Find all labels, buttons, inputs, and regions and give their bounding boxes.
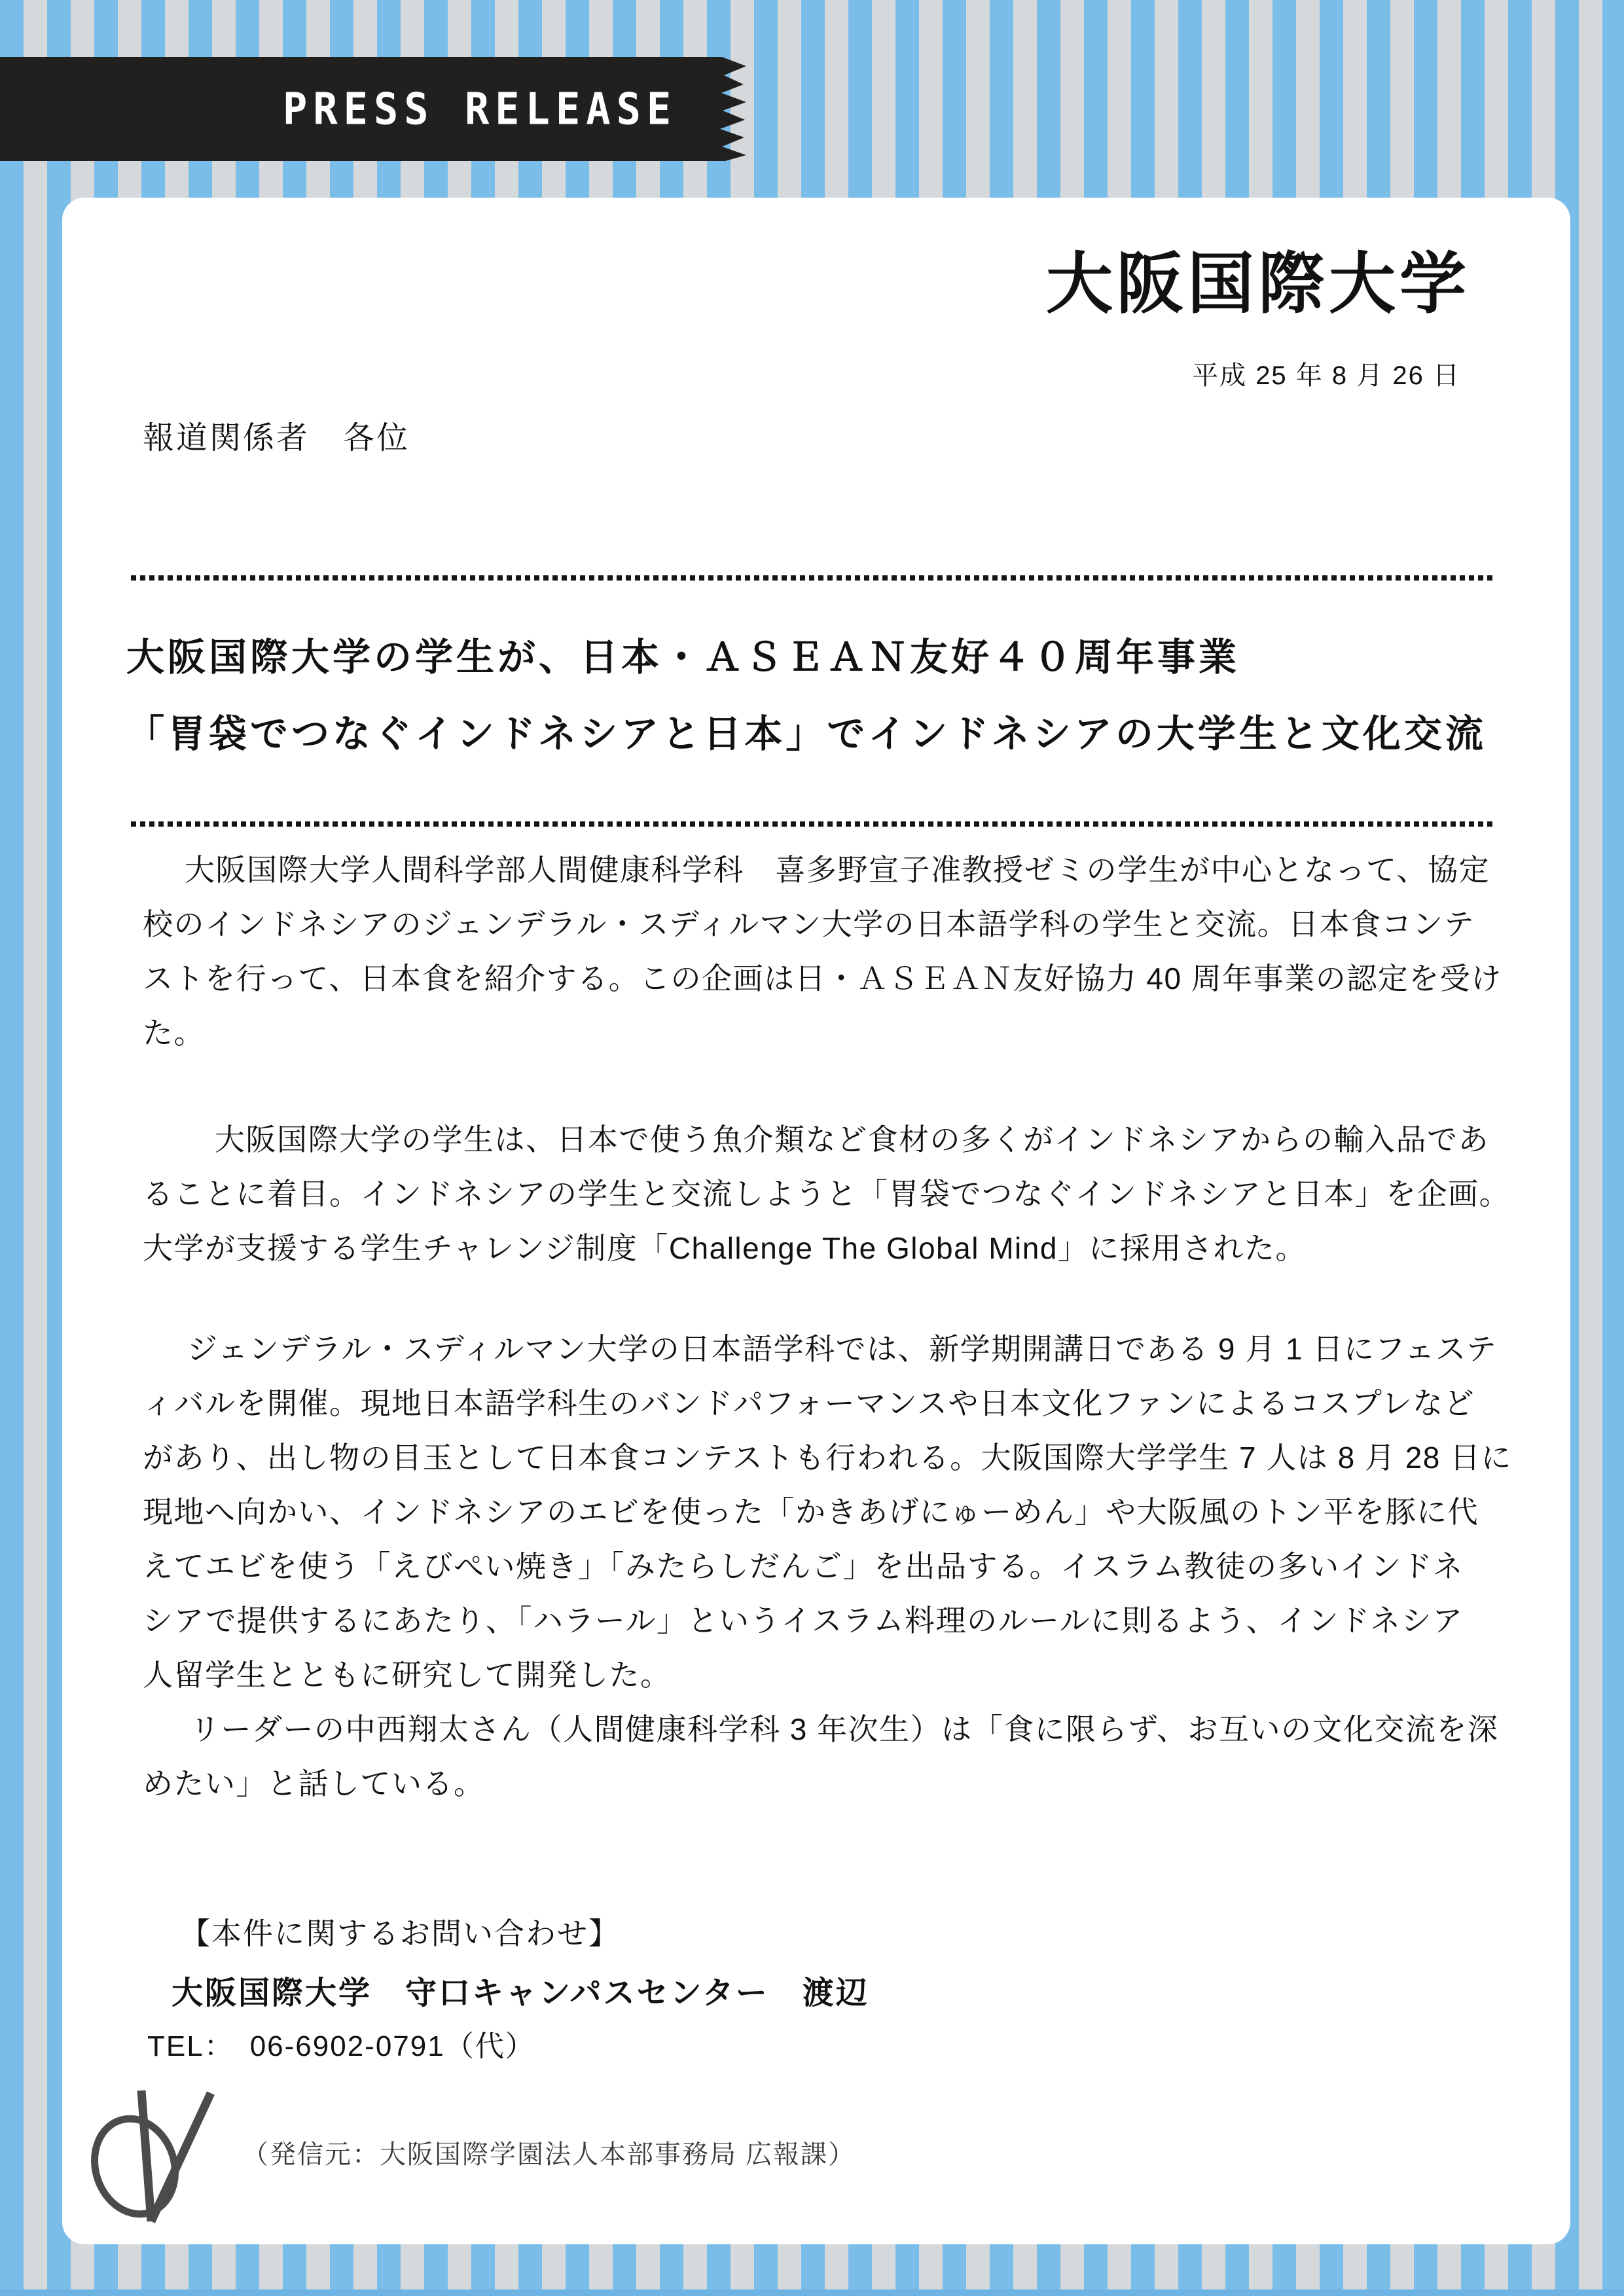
paragraph-line: ることに着目。インドネシアの学生と交流しようと「胃袋でつなぐインドネシアと日本」… — [143, 1167, 1517, 1221]
contact-heading: 【本件に関するお問い合わせ】 — [180, 1910, 620, 1953]
paragraph-line: 現地へ向かい、インドネシアのエビを使った「かきあげにゅーめん」や大阪風のトン平を… — [143, 1485, 1517, 1539]
press-release-ribbon: PRESS RELEASE — [0, 57, 746, 161]
release-date: 平成 25 年 8 月 26 日 — [1192, 355, 1460, 392]
paragraph-line: があり、出し物の目玉として日本食コンテストも行われる。大阪国際大学学生 7 人は… — [143, 1431, 1517, 1485]
paragraph-line: 人留学生とともに研究して開発した。 — [143, 1648, 1517, 1702]
paragraph-2: 大阪国際大学の学生は、日本で使う魚介類など食材の多くがインドネシアからの輸入品で… — [143, 1113, 1517, 1276]
university-logo-icon — [85, 2087, 216, 2225]
contact-tel-line: TEL： 06-6902-0791（代） — [147, 2022, 535, 2064]
recipient-line: 報道関係者 各位 — [143, 412, 410, 457]
paragraph-line: 大阪国際大学人間科学部人間健康科学科 喜多野宣子准教授ゼミの学生が中心となって、… — [143, 843, 1517, 897]
headline-line-1: 大阪国際大学の学生が、日本・ＡＳＥＡＮ友好４０周年事業 — [126, 635, 1240, 681]
paragraph-line: ストを行って、日本食を紹介する。この企画は日・ＡＳＥＡＮ友好協力 40 周年事業… — [143, 952, 1517, 1006]
paragraph-line: ジェンデラル・スディルマン大学の日本語学科では、新学期開講日である 9 月 1 … — [143, 1322, 1517, 1376]
paragraph-line: た。 — [143, 1006, 1517, 1060]
document-sheet: 大阪国際大学 平成 25 年 8 月 26 日 報道関係者 各位 大阪国際大学の… — [62, 198, 1570, 2244]
paragraph-line: 校のインドネシアのジェンデラル・スディルマン大学の日本語学科の学生と交流。日本食… — [143, 897, 1517, 952]
paragraph-line: シアで提供するにあたり、「ハラール」というイスラム料理のルールに則るよう、インド… — [143, 1594, 1517, 1648]
press-release-label: PRESS RELEASE — [283, 83, 677, 135]
dashed-divider-bottom — [131, 821, 1492, 827]
paragraph-line: ィバルを開催。現地日本語学科生のバンドパフォーマンスや日本文化ファンによるコスプ… — [143, 1376, 1517, 1431]
paragraph-4: リーダーの中西翔太さん（人間健康科学科 3 年次生）は「食に限らず、お互いの文化… — [143, 1702, 1517, 1811]
dashed-divider-top — [131, 575, 1492, 581]
paragraph-line: めたい」と話している。 — [143, 1757, 1517, 1811]
paragraph-line: えてエビを使う「えびぺい焼き」「みたらしだんご」を出品する。イスラム教徒の多いイ… — [143, 1539, 1517, 1594]
paragraph-1: 大阪国際大学人間科学部人間健康科学科 喜多野宣子准教授ゼミの学生が中心となって、… — [143, 843, 1517, 1060]
contact-office-line: 大阪国際大学 守口キャンパスセンター 渡辺 — [171, 1967, 869, 2013]
paragraph-line: リーダーの中西翔太さん（人間健康科学科 3 年次生）は「食に限らず、お互いの文化… — [143, 1702, 1517, 1757]
paragraph-line: 大阪国際大学の学生は、日本で使う魚介類など食材の多くがインドネシアからの輸入品で… — [143, 1113, 1517, 1167]
press-release-page: { "banner": { "label": "PRESS RELEASE" }… — [0, 0, 1624, 2296]
source-line: （発信元：大阪国際学園法人本部事務局 広報課） — [242, 2134, 856, 2171]
paragraph-3: ジェンデラル・スディルマン大学の日本語学科では、新学期開講日である 9 月 1 … — [143, 1322, 1517, 1702]
paragraph-line: 大学が支援する学生チャレンジ制度「Challenge The Global Mi… — [143, 1221, 1517, 1276]
university-name: 大阪国際大学 — [1046, 247, 1470, 321]
bottom-accent-bar — [0, 2289, 1624, 2296]
headline-line-2: 「胃袋でつなぐインドネシアと日本」でインドネシアの大学生と文化交流 — [126, 711, 1487, 757]
